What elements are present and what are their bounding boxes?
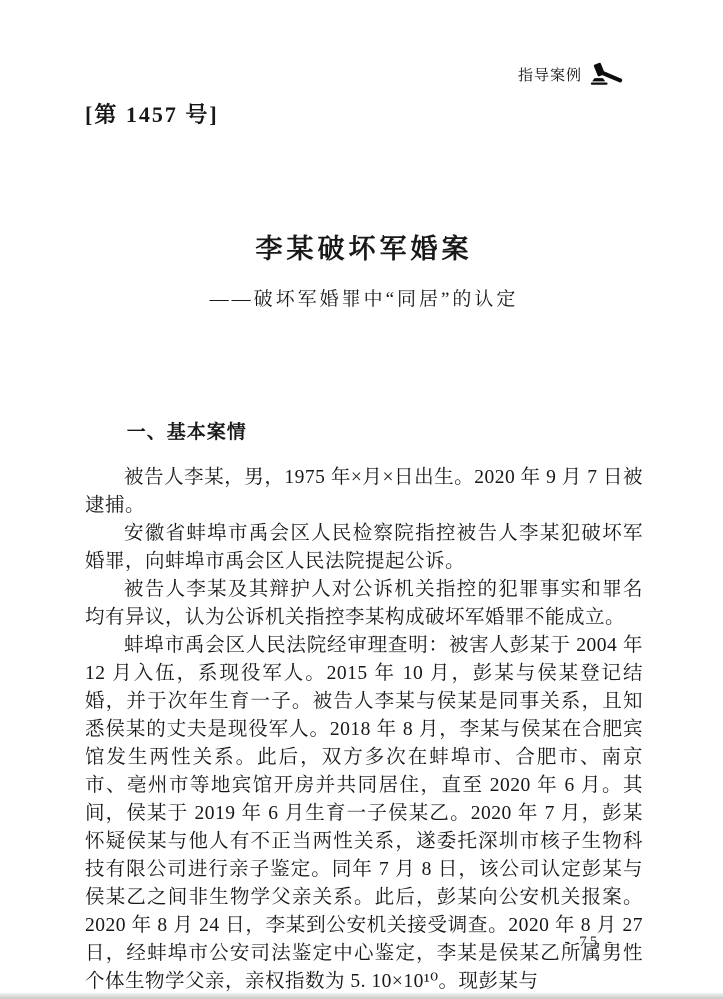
paragraph-defense-objection: 被告人李某及其辩护人对公诉机关指控的犯罪事实和罪名均有异议，认为公诉机关指控李某… <box>85 576 643 632</box>
page-number: - 75 - <box>565 934 616 951</box>
page-subtitle: ——破坏军婚罪中“同居”的认定 <box>85 284 643 311</box>
page-header: 指导案例 <box>85 60 643 88</box>
body-text: 被告人李某，男，1975 年×月×日出生。2020 年 9 月 7 日被逮捕。 … <box>85 464 643 996</box>
document-page: 指导案例 [第 1457 号] 李某破坏军婚案 ——破坏军婚罪中“同居”的认定 … <box>0 0 723 999</box>
header-label: 指导案例 <box>518 64 582 85</box>
scan-bottom-edge <box>0 993 723 999</box>
paragraph-court-findings: 蚌埠市禹会区人民法院经审理查明：被害人彭某于 2004 年 12 月入伍，系现役… <box>85 632 643 996</box>
paragraph-defendant-info: 被告人李某，男，1975 年×月×日出生。2020 年 9 月 7 日被逮捕。 <box>85 464 643 520</box>
page-title: 李某破坏军婚案 <box>85 227 643 266</box>
paragraph-prosecution: 安徽省蚌埠市禹会区人民检察院指控被告人李某犯破坏军婚罪，向蚌埠市禹会区人民法院提… <box>85 520 643 576</box>
gavel-icon <box>589 61 627 87</box>
section-heading-basic-facts: 一、基本案情 <box>85 417 643 444</box>
case-number: [第 1457 号] <box>85 98 643 129</box>
